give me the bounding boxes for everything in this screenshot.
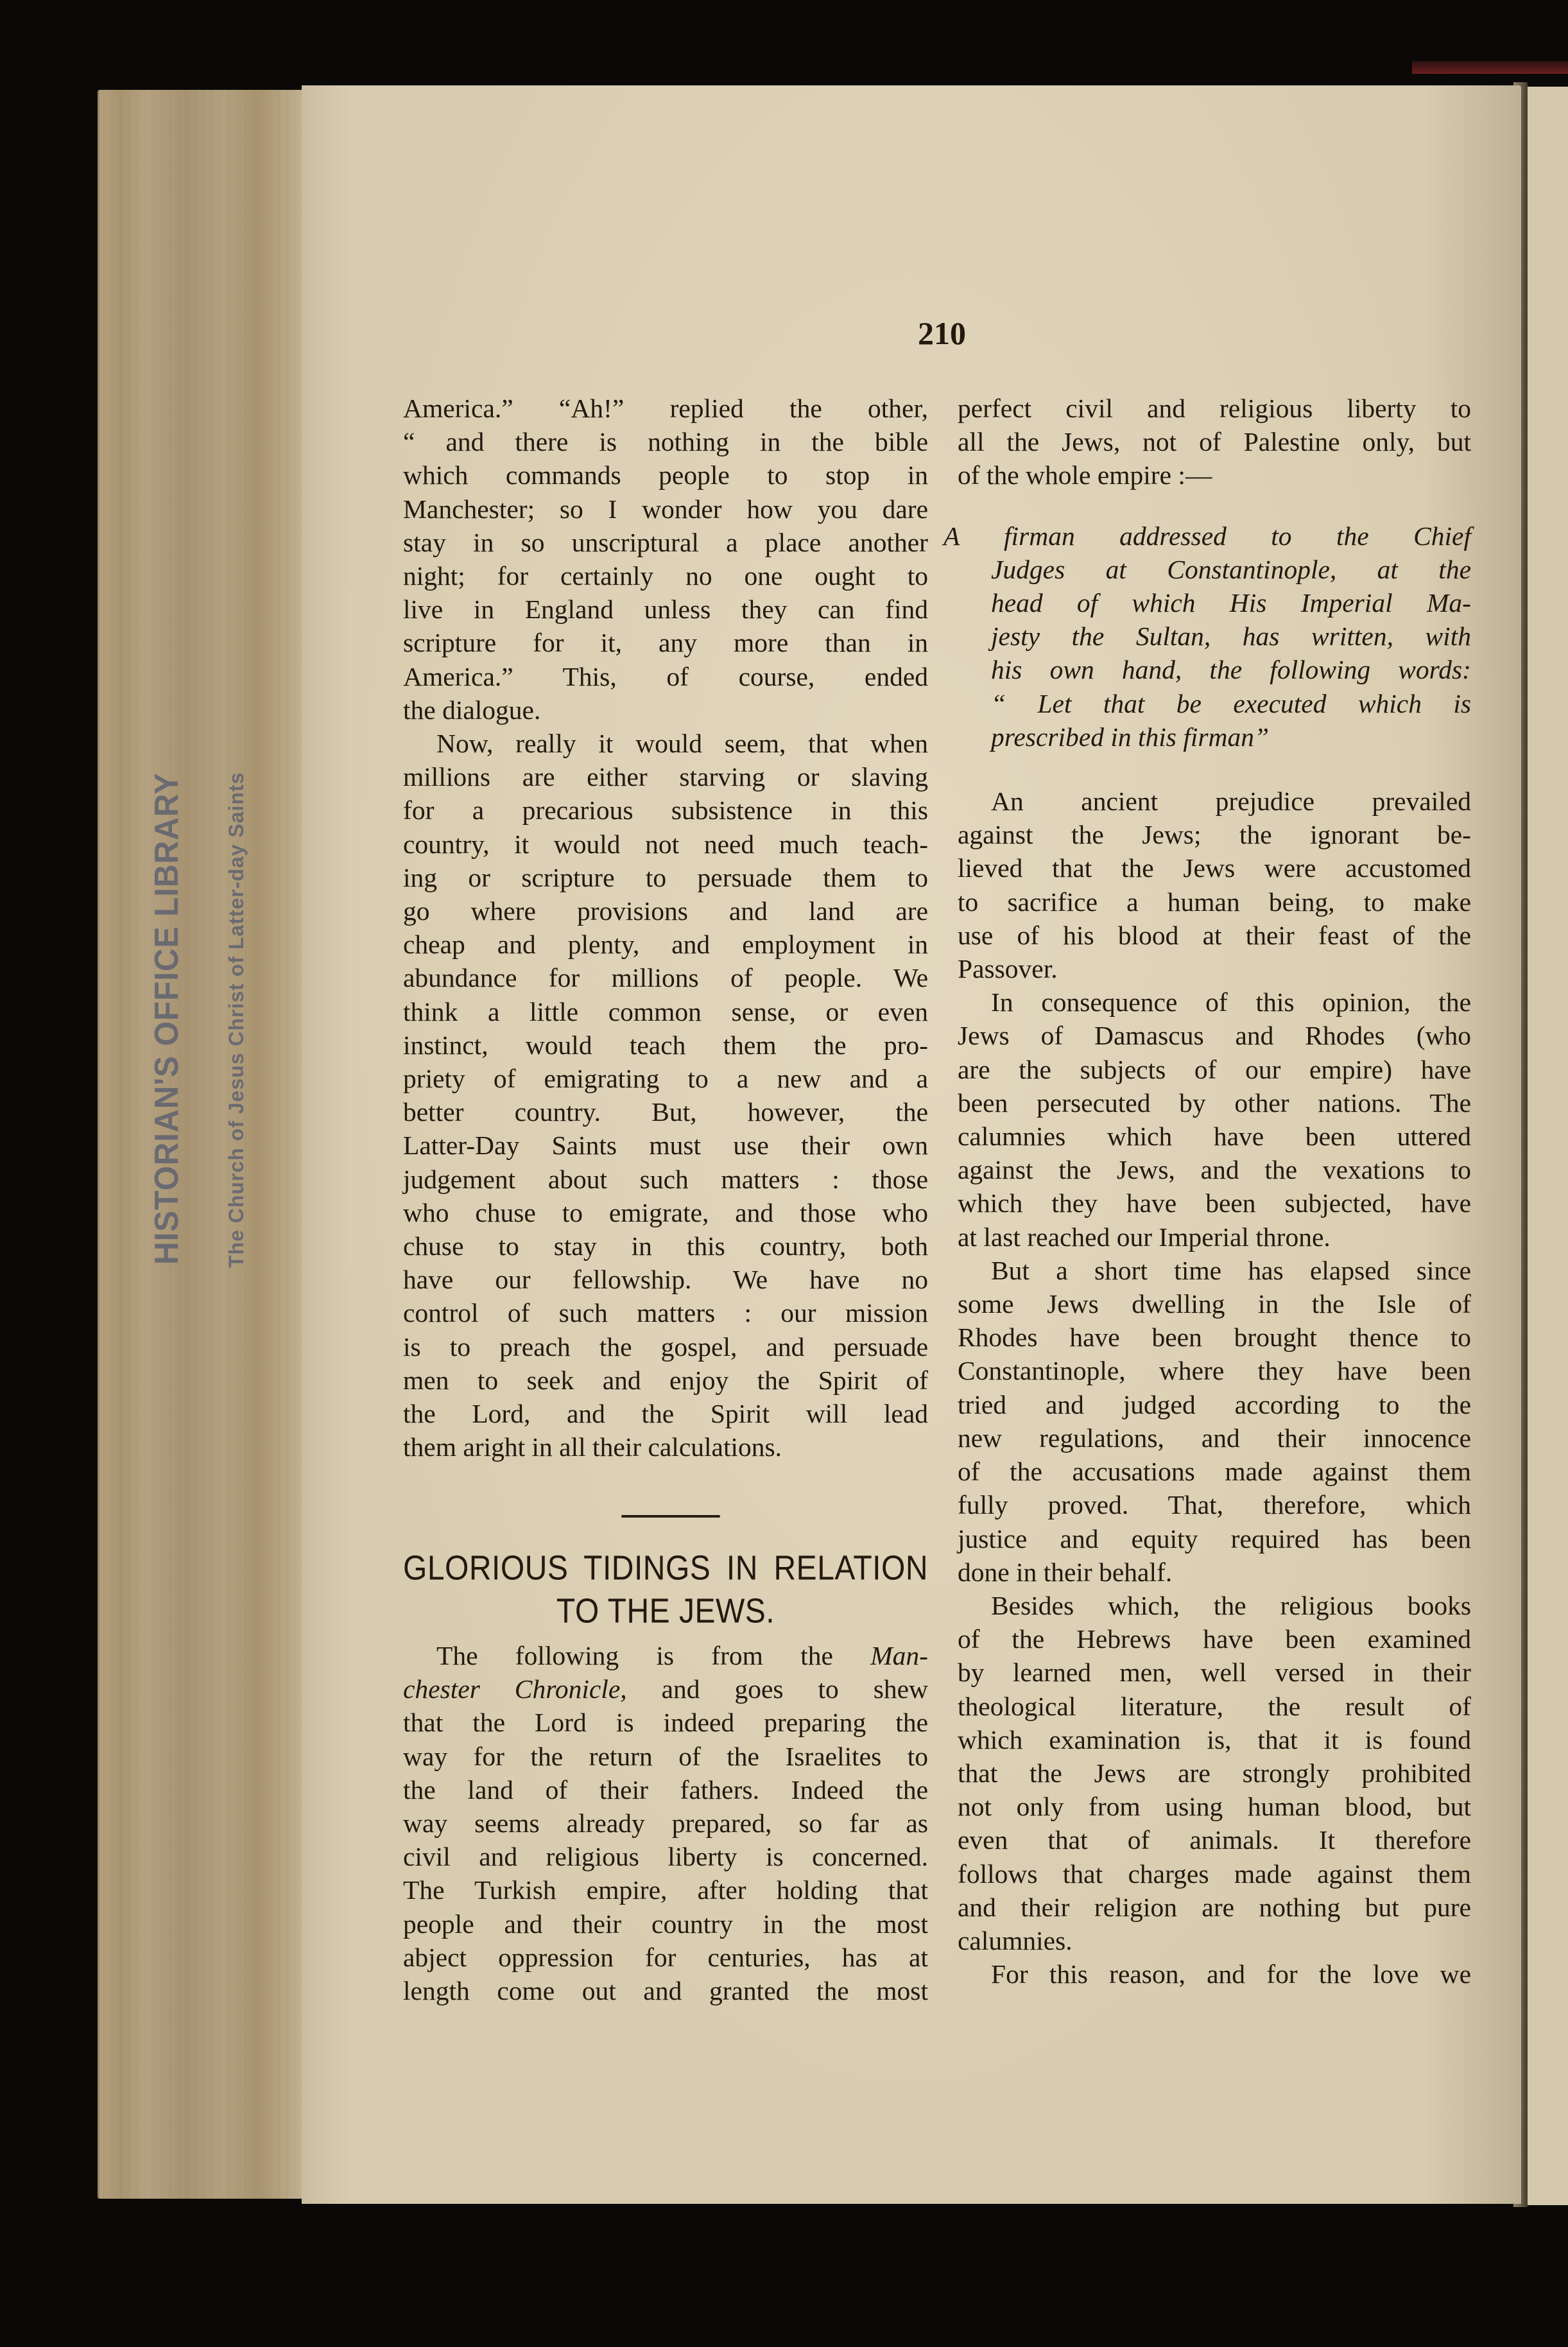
- text-line: control of such matters : our mission: [403, 1296, 928, 1329]
- text-line: An ancient prejudice prevailed: [958, 784, 1471, 818]
- text-line: priety of emigrating to a new and a: [403, 1062, 928, 1095]
- text-line: stay in so unscriptural a place another: [403, 526, 928, 559]
- text-line: new regulations, and their innocence: [958, 1421, 1471, 1455]
- library-stamp: HISTORIAN'S OFFICE LIBRARY The Church of…: [103, 815, 295, 1277]
- text-line: Rhodes have been brought thence to: [958, 1321, 1471, 1354]
- italic-publication-name: chester Chronicle,: [403, 1674, 627, 1704]
- text-line: go where provisions and land are: [403, 894, 928, 928]
- text-line: some Jews dwelling in the Isle of: [958, 1287, 1471, 1321]
- text-line: which commands people to stop in: [403, 458, 928, 492]
- text-line: who chuse to emigrate, and those who: [403, 1196, 928, 1229]
- paragraph-dialogue-end: America.” “Ah!” replied the other, “ and…: [403, 392, 928, 727]
- heading-line-2: TO THE JEWS.: [556, 1593, 775, 1631]
- text-line: Constantinople, where they have been: [958, 1354, 1471, 1387]
- text-line: men to seek and enjoy the Spirit of: [403, 1364, 928, 1397]
- text-line: America.” This, of course, ended: [403, 660, 928, 693]
- text-line: the dialogue.: [403, 693, 928, 727]
- text-line: the Lord, and the Spirit will lead: [403, 1397, 928, 1430]
- text-line: cheap and plenty, and employment in: [403, 928, 928, 961]
- text-line: Passover.: [958, 952, 1471, 985]
- text-line: way seems already prepared, so far as: [403, 1806, 928, 1840]
- heading-line-1: GLORIOUS TIDINGS IN RELATION: [403, 1547, 928, 1590]
- text-line: lieved that the Jews were accustomed: [958, 851, 1471, 885]
- left-column: America.” “Ah!” replied the other, “ and…: [403, 392, 928, 1464]
- paragraph-rhodes: But a short time has elapsed since some …: [958, 1254, 1471, 1589]
- text-line: use of his blood at their feast of the: [958, 919, 1471, 952]
- page-number: 210: [918, 315, 966, 352]
- text-line: Manchester; so I wonder how you dare: [403, 492, 928, 526]
- text-line: which examination is, that it is found: [958, 1723, 1471, 1756]
- stamp-line-church: The Church of Jesus Christ of Latter-day…: [225, 772, 248, 1268]
- text-line: by learned men, well versed in their: [958, 1656, 1471, 1689]
- spacer: [958, 754, 1471, 784]
- text-line: prescribed in this firman”: [958, 720, 1471, 754]
- text-line: Besides which, the religious books: [958, 1589, 1471, 1622]
- text-line: A firman addressed to the Chief: [943, 519, 1471, 553]
- text-line: not only from using human blood, but: [958, 1790, 1471, 1823]
- text-line: jesty the Sultan, has written, with: [958, 619, 1471, 653]
- text-line: done in their behalf.: [958, 1555, 1471, 1589]
- paragraph-religious-books: Besides which, the religious books of th…: [958, 1589, 1471, 1957]
- text-line: Judges at Constantinople, at the: [958, 553, 1471, 586]
- text-line: Now, really it would seem, that when: [403, 727, 928, 760]
- italic-publication-name: Man-: [870, 1641, 928, 1670]
- text-line: The following is from the Man-: [403, 1639, 928, 1672]
- text-line: is to preach the gospel, and persuade: [403, 1330, 928, 1364]
- text-line: for a precarious subsistence in this: [403, 793, 928, 827]
- text-line: fully proved. That, therefore, which: [958, 1488, 1471, 1521]
- text-line: abundance for millions of people. We: [403, 961, 928, 994]
- text-line: But a short time has elapsed since: [958, 1254, 1471, 1287]
- text-line: head of which His Imperial Ma-: [958, 586, 1471, 619]
- section-divider-rule: [621, 1515, 720, 1518]
- paragraph-emigration: Now, really it would seem, that when mil…: [403, 727, 928, 1464]
- text-line: the land of their fathers. Indeed the: [403, 1773, 928, 1806]
- text-line: perfect civil and religious liberty to: [958, 392, 1471, 425]
- text-line: chuse to stay in this country, both: [403, 1229, 928, 1263]
- text-line: are the subjects of our empire) have: [958, 1053, 1471, 1086]
- text-line: chester Chronicle, and goes to shew: [403, 1672, 928, 1706]
- text-line: follows that charges made against them: [958, 1857, 1471, 1891]
- text-line: been persecuted by other nations. The: [958, 1086, 1471, 1120]
- text-line: The Turkish empire, after holding that: [403, 1873, 928, 1907]
- text-line: Jews of Damascus and Rhodes (who: [958, 1019, 1471, 1052]
- paragraph-continuation: perfect civil and religious liberty to a…: [958, 392, 1471, 492]
- text-line: For this reason, and for the love we: [958, 1957, 1471, 1991]
- article-heading: GLORIOUS TIDINGS IN RELATION TO THE JEWS…: [403, 1547, 928, 1633]
- stamp-line-library: HISTORIAN'S OFFICE LIBRARY: [148, 772, 186, 1265]
- text-line: which they have been subjected, have: [958, 1186, 1471, 1220]
- paragraph-consequence: In consequence of this opinion, the Jews…: [958, 985, 1471, 1254]
- text-line: tried and judged according to the: [958, 1388, 1471, 1421]
- text-line: civil and religious liberty is concerned…: [403, 1840, 928, 1873]
- text-line: of the accusations made against them: [958, 1455, 1471, 1488]
- text-line: “ Let that be executed which is: [958, 687, 1471, 720]
- facing-page-sliver: [1528, 87, 1568, 2205]
- text-line: length come out and granted the most: [403, 1974, 928, 2007]
- text-line: and their religion are nothing but pure: [958, 1891, 1471, 1924]
- text-line: have our fellowship. We have no: [403, 1263, 928, 1296]
- text-line: instinct, would teach them the pro-: [403, 1028, 928, 1062]
- text-line: that the Lord is indeed preparing the: [403, 1706, 928, 1739]
- text-line: way for the return of the Israelites to: [403, 1740, 928, 1773]
- text-line: to sacrifice a human being, to make: [958, 885, 1471, 919]
- text-line: millions are either starving or slaving: [403, 760, 928, 793]
- text-line: even that of animals. It therefore: [958, 1823, 1471, 1857]
- text-line: of the Hebrews have been examined: [958, 1622, 1471, 1656]
- text-line: Latter-Day Saints must use their own: [403, 1129, 928, 1162]
- text-line: better country. But, however, the: [403, 1095, 928, 1129]
- text-line: all the Jews, not of Palestine only, but: [958, 425, 1471, 458]
- text-line: calumnies.: [958, 1924, 1471, 1957]
- text-line: against the Jews; the ignorant be-: [958, 818, 1471, 851]
- text-line: of the whole empire :—: [958, 458, 1471, 492]
- paragraph-for-this-reason: For this reason, and for the love we: [958, 1957, 1471, 1991]
- binding-edge: [1412, 61, 1568, 74]
- text-line: In consequence of this opinion, the: [958, 985, 1471, 1019]
- text-line: calumnies which have been uttered: [958, 1120, 1471, 1153]
- text-line: live in England unless they can find: [403, 593, 928, 626]
- text-line: at last reached our Imperial throne.: [958, 1220, 1471, 1254]
- article-intro: The following is from the Man- chester C…: [403, 1639, 928, 2007]
- text-line: night; for certainly no one ought to: [403, 559, 928, 593]
- paragraph-prejudice: An ancient prejudice prevailed against t…: [958, 784, 1471, 985]
- text-line: country, it would not need much teach-: [403, 827, 928, 861]
- text-line: people and their country in the most: [403, 1907, 928, 1941]
- text-line: that the Jews are strongly prohibited: [958, 1756, 1471, 1790]
- text-line: think a little common sense, or even: [403, 995, 928, 1028]
- text-line: against the Jews, and the vexations to: [958, 1153, 1471, 1186]
- text-line: theological literature, the result of: [958, 1690, 1471, 1723]
- text-line: “ and there is nothing in the bible: [403, 425, 928, 458]
- text-line: justice and equity required has been: [958, 1522, 1471, 1555]
- firman-quotation: A firman addressed to the Chief Judges a…: [958, 519, 1471, 754]
- text-line: ing or scripture to persuade them to: [403, 861, 928, 894]
- text-line: judgement about such matters : those: [403, 1163, 928, 1196]
- text-line: America.” “Ah!” replied the other,: [403, 392, 928, 425]
- text-line: scripture for it, any more than in: [403, 626, 928, 659]
- text-line: them aright in all their calculations.: [403, 1430, 928, 1464]
- right-column: perfect civil and religious liberty to a…: [958, 392, 1471, 1991]
- text-line: his own hand, the following words:: [958, 653, 1471, 686]
- text-line: abject oppression for centuries, has at: [403, 1941, 928, 1974]
